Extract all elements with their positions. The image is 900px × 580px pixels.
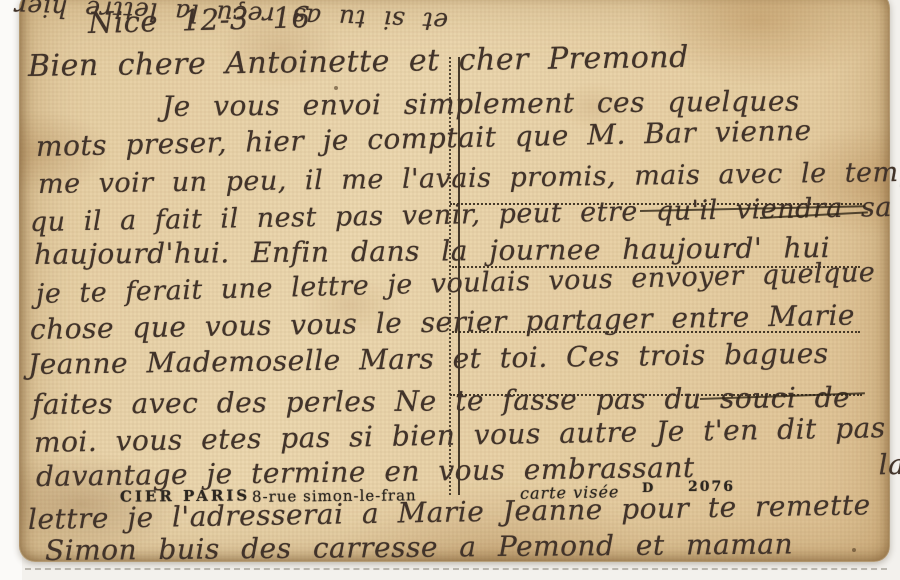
scan-artifact-line [25, 568, 887, 570]
ink-speck [334, 86, 338, 90]
closing-line: Simon buis des carresse a Pemond et mama… [45, 529, 793, 566]
publisher-imprint: CIER PARIS [120, 486, 250, 505]
ink-speck [610, 430, 613, 433]
ink-speck [852, 548, 856, 552]
visa-stamp-number: 2076 [688, 479, 735, 495]
visa-stamp-label: carte visée [520, 482, 620, 503]
postcard-scan: { "postcard": { "dateline": "Nice 12-3 1… [0, 0, 900, 580]
visa-stamp-series: D [642, 481, 653, 496]
publisher-address: 8-rue simon-le-fran [252, 486, 417, 505]
